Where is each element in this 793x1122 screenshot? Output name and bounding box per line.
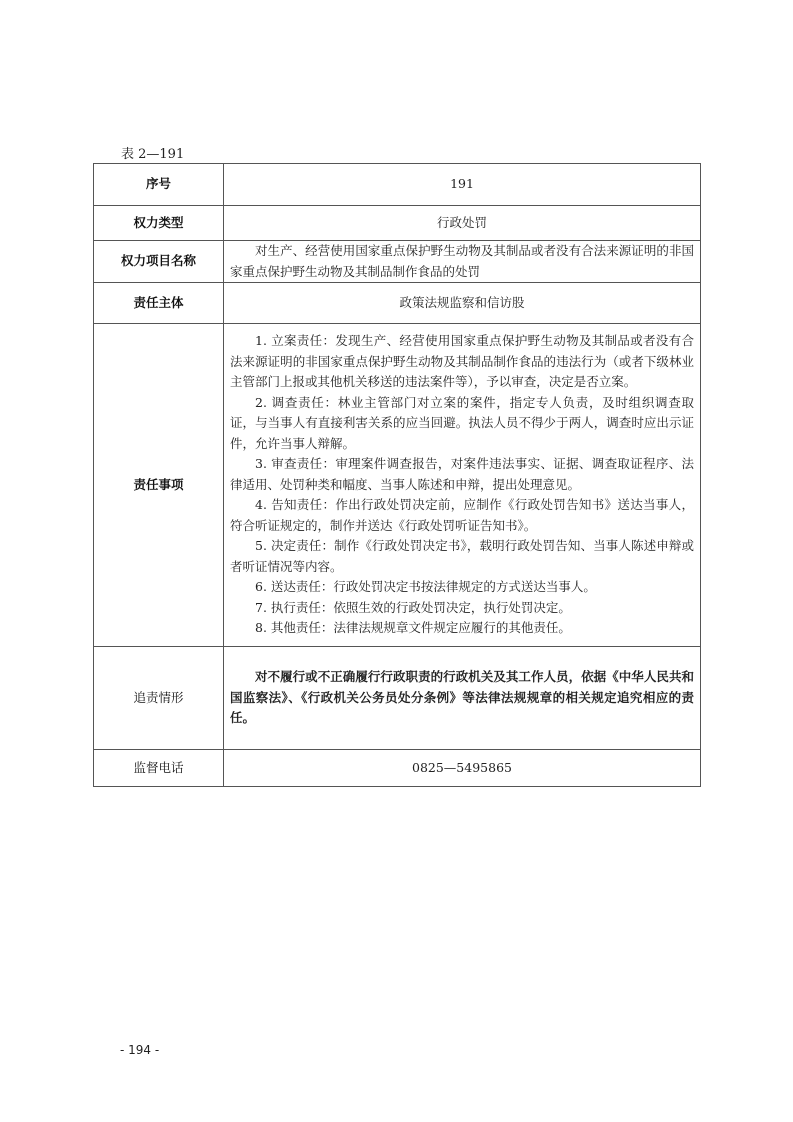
table-row-item-name: 权力项目名称 对生产、经营使用国家重点保护野生动物及其制品或者没有合法来源证明的…: [94, 241, 701, 283]
row-label: 序号: [94, 164, 224, 206]
power-type-value: 行政处罚: [224, 206, 701, 241]
table-row-responsible-subject: 责任主体 政策法规监察和信访股: [94, 283, 701, 324]
table-row-responsibilities: 责任事项 1. 立案责任：发现生产、经营使用国家重点保护野生动物及其制品或者没有…: [94, 324, 701, 647]
responsibility-item: 6. 送达责任：行政处罚决定书按法律规定的方式送达当事人。: [230, 577, 694, 598]
table-row-power-type: 权力类型 行政处罚: [94, 206, 701, 241]
accountability-value: 对不履行或不正确履行行政职责的行政机关及其工作人员，依据《中华人民共和国监察法》…: [230, 667, 694, 729]
responsibility-item: 8. 其他责任：法律法规规章文件规定应履行的其他责任。: [230, 618, 694, 639]
row-label: 监督电话: [94, 750, 224, 787]
row-label: 责任主体: [94, 283, 224, 324]
page-number: - 194 -: [120, 1043, 159, 1057]
row-label: 责任事项: [94, 324, 224, 647]
table-row-supervision-phone: 监督电话 0825—5495865: [94, 750, 701, 787]
responsibility-item: 5. 决定责任：制作《行政处罚决定书》，载明行政处罚告知、当事人陈述申辩或者听证…: [230, 536, 694, 577]
responsible-subject-value: 政策法规监察和信访股: [224, 283, 701, 324]
table-row-serial: 序号 191: [94, 164, 701, 206]
row-label: 权力项目名称: [94, 241, 224, 283]
serial-value: 191: [224, 164, 701, 206]
power-item-table: 序号 191 权力类型 行政处罚 权力项目名称 对生产、经营使用国家重点保护野生…: [93, 163, 701, 787]
responsibility-item: 2. 调查责任：林业主管部门对立案的案件，指定专人负责，及时组织调查取证，与当事…: [230, 393, 694, 455]
responsibility-item: 3. 审查责任：审理案件调查报告，对案件违法事实、证据、调查取证程序、法律适用、…: [230, 454, 694, 495]
responsibility-item: 1. 立案责任：发现生产、经营使用国家重点保护野生动物及其制品或者没有合法来源证…: [230, 331, 694, 393]
supervision-phone-value: 0825—5495865: [224, 750, 701, 787]
row-label: 追责情形: [94, 647, 224, 750]
item-name-value: 对生产、经营使用国家重点保护野生动物及其制品或者没有合法来源证明的非国家重点保护…: [230, 241, 694, 282]
table-row-accountability: 追责情形 对不履行或不正确履行行政职责的行政机关及其工作人员，依据《中华人民共和…: [94, 647, 701, 750]
row-label: 权力类型: [94, 206, 224, 241]
responsibility-item: 7. 执行责任：依照生效的行政处罚决定，执行处罚决定。: [230, 598, 694, 619]
responsibility-item: 4. 告知责任：作出行政处罚决定前，应制作《行政处罚告知书》送达当事人，符合听证…: [230, 495, 694, 536]
table-caption: 表 2—191: [121, 143, 184, 162]
